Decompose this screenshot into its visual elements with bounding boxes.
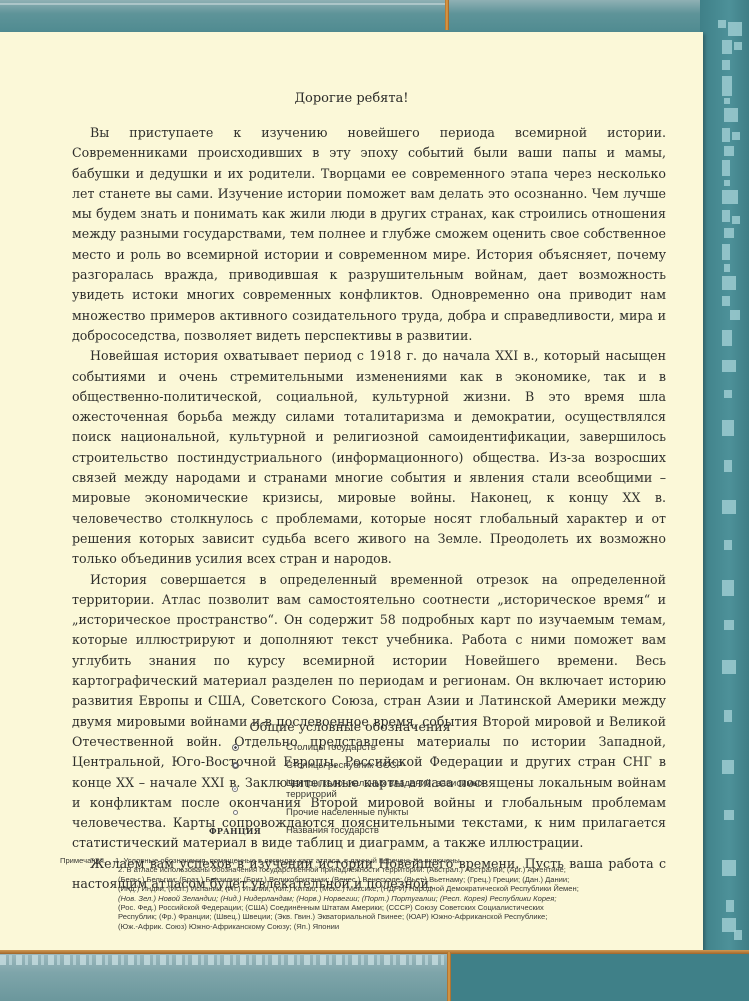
legend-label: Центры колониальных владений, зависимых … <box>270 778 520 800</box>
colonial-center-icon <box>232 786 238 792</box>
paragraph: Новейшая история охватывает период с 191… <box>72 346 666 569</box>
capital-ussr-republic-icon <box>232 762 239 769</box>
legend-item: Центры колониальных владений, зависимых … <box>200 778 520 800</box>
paragraph: Вы приступаете к изучению новейшего пери… <box>72 123 666 346</box>
notes-heading: Примечания. <box>60 856 106 865</box>
page-title: Дорогие ребята! <box>0 91 703 106</box>
settlement-icon <box>233 810 238 815</box>
note-line: 1. Условные обозначения, помещенные в ле… <box>115 856 690 865</box>
legend-item: Столицы государств <box>200 742 520 753</box>
decorative-gold-stripe <box>445 0 449 30</box>
note-line: (Юж.-Африк. Союз) Южно-Африканскому Союз… <box>115 922 690 931</box>
legend-label: Названия государств <box>270 825 520 836</box>
legend-item: ФРАНЦИЯ Названия государств <box>200 825 520 836</box>
decorative-square-pattern <box>0 955 447 965</box>
note-line: (Инд.) Индии; (Исп.) Испании; (Ит.) Итал… <box>115 884 690 893</box>
note-line: (Нов. Зел.) Новой Зеландии; (Нид.) Нидер… <box>115 894 690 903</box>
notes-body: 1. Условные обозначения, помещенные в ле… <box>115 856 690 931</box>
note-line: (Бельг.) Бельгии; (Браз.) Бразилии; (Бри… <box>115 875 690 884</box>
note-line: 2. В атласе использованы обозначения гос… <box>115 865 690 874</box>
capital-state-icon <box>232 744 239 751</box>
legend-label: Столицы республик СССР <box>270 760 520 771</box>
note-line: (Рос. Фед.) Российской Федерации; (США) … <box>115 903 690 912</box>
legend-item: Прочие населенные пункты <box>200 807 520 818</box>
legend: Общие условные обозначения Столицы госуд… <box>200 719 520 843</box>
country-name-sample: ФРАНЦИЯ <box>209 826 261 836</box>
legend-label: Столицы государств <box>270 742 520 753</box>
decorative-square-pattern <box>700 20 749 950</box>
decorative-frame-top <box>0 0 749 34</box>
legend-label: Прочие населенные пункты <box>270 807 520 818</box>
legend-title: Общие условные обозначения <box>180 719 520 734</box>
note-line: Республик; (Фр.) Франции; (Швец.) Швеции… <box>115 912 690 921</box>
decorative-frame-corner <box>451 954 749 1001</box>
legend-item: Столицы республик СССР <box>200 760 520 771</box>
